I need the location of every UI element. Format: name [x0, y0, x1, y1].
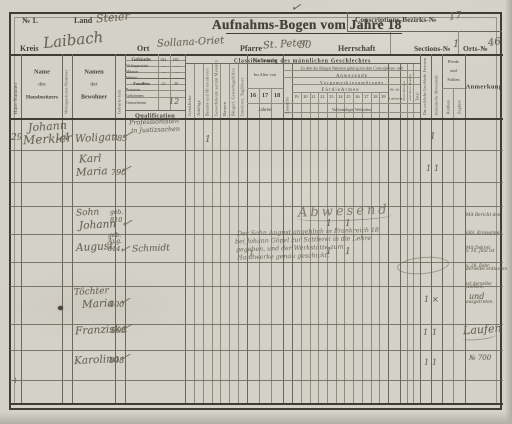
land-label: Land — [74, 16, 92, 25]
inhabitants-header-line: Namen — [73, 68, 115, 76]
age-cell: 26 — [354, 95, 360, 101]
class-col-label: Gewerbsleute sammt Meistern — [214, 60, 219, 116]
horses-title-line: Fohlen — [443, 77, 464, 82]
grid-line — [442, 88, 465, 89]
grid-line — [371, 92, 372, 403]
orts-number-value: 46 — [487, 36, 501, 49]
vorgemerkte-text: V o r g e m e r k t e z u m S t a n d e — [284, 80, 419, 85]
row-rule — [10, 150, 503, 151]
tally-mark: 1 — [434, 164, 439, 173]
horses-title-line: Pferde — [443, 59, 464, 64]
tally-mark: 1 — [432, 328, 437, 337]
kreis-label: Kreis — [20, 44, 39, 53]
party-number-entry: 1 — [64, 132, 70, 143]
birth-year-column-label: Geburts-Jahr — [117, 89, 122, 114]
male-classification-title-text: Classificirung des männlichen Geschlecht… — [185, 57, 420, 63]
age-cell: 19 — [293, 95, 299, 101]
nachwuchs-unit: Jahren — [247, 105, 283, 114]
grid-line — [212, 63, 213, 403]
relation-label: Töchter — [74, 286, 109, 298]
tally-mark: 1 — [423, 328, 428, 337]
extra-col-label: und Ober-Beamte — [408, 74, 412, 101]
age-cell: 22 — [319, 95, 325, 101]
form-title-printed: Aufnahms-Bogen vom Jahre 18 — [212, 17, 402, 32]
house-number-column-label: Haus-Nummer — [13, 83, 19, 114]
occupation-note: Schmidt — [132, 243, 170, 254]
age-cell: 28 — [372, 95, 378, 101]
families-col2: W — [170, 79, 183, 88]
armee-text: F ü r d i e A r m e e — [292, 87, 388, 92]
grid-line — [347, 31, 502, 32]
sheet-number: № 1. — [22, 16, 38, 25]
wehralter-row: Vollständiges Wehralter — [284, 105, 419, 114]
nachwuchs-title-text: Nachwuchs — [247, 58, 283, 64]
horses-sub-col-label: Reitbare — [446, 100, 450, 114]
birth-note: geb. — [110, 209, 123, 216]
nachwuchs-years-row: 16 17 18 — [247, 92, 283, 102]
landwehr-line: Für die — [389, 88, 400, 92]
remark-word: № 700 — [469, 354, 491, 362]
extra-col-label: Statt-Dienste — [402, 81, 406, 101]
grid-line — [229, 63, 230, 403]
class-col-label: Bürgerl. Gewerbsgehilfen — [231, 68, 236, 116]
nachwuchs-title: Nachwuchs — [247, 56, 283, 65]
stray-pen-mark: + — [12, 376, 19, 385]
age-cell: 29 — [381, 95, 387, 101]
remarks-header-text: Anmerkung — [465, 83, 503, 90]
remark-line: v. 28. Febr. — [466, 263, 502, 268]
table-bottom-rule — [10, 403, 503, 405]
grid-line — [388, 63, 389, 403]
paper-sheet: № 1. Land Steier Conscriptions-Bezirks-№… — [0, 0, 512, 424]
families-col1: G — [158, 79, 170, 88]
tally-mark: 1 — [345, 247, 351, 257]
remark-line: Mit Bericht des — [466, 212, 502, 217]
nachwuchs-subtitle-text: Im Alter von — [247, 72, 283, 77]
pfarre-label: Pfarre — [240, 44, 262, 53]
grid-line — [353, 92, 354, 403]
horses-title-line: und — [443, 68, 464, 73]
female-sex-column-label: Das weibliche Geschlecht Personen — [423, 58, 427, 115]
remark-line: Mit Dekret — [466, 245, 502, 250]
class-col-label: Inwohner, Taglöhner — [240, 78, 245, 116]
grid-line — [347, 12, 348, 31]
tally-mark: 1 — [424, 358, 429, 367]
grid-line — [220, 63, 221, 403]
herrschaft-label: Herrschaft — [338, 44, 375, 53]
row-rule — [10, 182, 503, 183]
landwehr-header: Für die Landwehr — [389, 85, 400, 103]
grid-line — [453, 88, 454, 403]
tally-mark: 1 — [430, 132, 436, 142]
scan-edge-shadow — [505, 0, 512, 424]
grid-line — [413, 63, 414, 403]
tally-mark: 1 — [205, 135, 211, 145]
grid-line — [203, 63, 204, 403]
remark-line: ist derselbe — [466, 281, 502, 286]
families-col2-text: W — [170, 81, 183, 86]
age-cell: 24 — [337, 95, 343, 101]
class-col-label: Beamte und Honoratioren — [205, 68, 210, 116]
relation-label: Sohn — [76, 207, 100, 218]
class-col-label: Geistliche — [187, 95, 192, 116]
age-cell: 20 — [302, 95, 308, 101]
landwehr-line: Landwehr — [389, 97, 400, 101]
remark-word: und — [469, 292, 484, 301]
nachwuchs-year: 18 — [271, 92, 283, 102]
inhabitants-header-line: der — [73, 81, 115, 87]
nachwuchs-year: 17 — [259, 92, 271, 102]
ink-blot — [58, 306, 63, 310]
conscription-district-value: 17 — [448, 10, 462, 23]
row-rule — [10, 380, 503, 381]
scan-edge-shadow — [0, 412, 512, 424]
inhabitant-name: Maria — [76, 165, 108, 179]
families-col1-text: G — [158, 81, 170, 86]
grid-line — [390, 31, 391, 54]
grid-line — [400, 63, 401, 403]
absent-inland-column-label: Inländische Abwesende — [434, 75, 438, 115]
age-cell: 21 — [311, 95, 317, 101]
age-cell: 25 — [346, 95, 352, 101]
horses-sub-col-label: Zugbare — [457, 100, 461, 114]
tally-mark: × — [432, 295, 439, 304]
grid-line — [362, 92, 363, 403]
title-underline — [226, 33, 402, 34]
extra-col-label: Total — [415, 92, 419, 101]
inhabitants-column-header: Namen der Bewohner — [73, 67, 115, 101]
wehralter-text: Vollständiges Wehralter — [284, 107, 419, 112]
house-number-entry: 29 — [11, 133, 22, 143]
families-row: Gestorbenen — [126, 98, 158, 107]
grid-line — [379, 92, 380, 403]
owner-column-header: Name des Hausbesitzers — [22, 67, 62, 101]
nachwuchs-year: 16 — [247, 92, 259, 102]
remarks-column-header: Anmerkung — [465, 82, 503, 91]
remark-line: löbl. Kreisamtes — [466, 230, 502, 235]
owner-header-line: Name — [22, 68, 62, 76]
grid-line — [194, 63, 195, 403]
inhabitants-header-line: Bewohner — [73, 93, 115, 100]
nachwuchs-unit-text: Jahren — [247, 106, 283, 112]
ort-label: Ort — [137, 44, 149, 53]
scanned-census-form: № 1. Land Steier Conscriptions-Bezirks-№… — [0, 0, 512, 424]
families-handwritten-count: 12 — [169, 97, 179, 106]
sections-number-label: Sections-№ — [414, 44, 450, 53]
orts-number-label: Orts-№ — [463, 44, 488, 53]
tally-mark: 1 — [424, 295, 429, 304]
grid-line — [407, 63, 408, 403]
horses-box-title: Pferde und Fohlen — [443, 57, 464, 84]
grid-line — [247, 88, 283, 89]
armee-ages-row: 19 20 21 22 23 24 25 26 27 28 29 — [292, 94, 388, 103]
owner-header-line: des — [22, 81, 62, 87]
header-bottom-rule — [10, 118, 503, 120]
dwelling-party-column-label: Wohnparteien-Nummer — [64, 69, 69, 114]
tally-mark: 1 — [432, 358, 437, 367]
families-row-label: Gestorbenen — [126, 100, 158, 105]
row-rule — [10, 350, 503, 351]
age-cell: 23 — [328, 95, 334, 101]
class-col-label: Adelige — [196, 100, 201, 116]
inhabitant-name: Karl — [79, 152, 102, 165]
tally-mark: 1 — [426, 164, 431, 173]
row-rule — [10, 206, 503, 207]
nachwuchs-subtitle: Im Alter von — [247, 70, 283, 79]
grid-line — [458, 31, 459, 54]
class-col-label: Bauern — [222, 101, 227, 116]
age-cell: 27 — [363, 95, 369, 101]
owner-header-line: Hausbesitzers — [22, 93, 62, 99]
form-title: Aufnahms-Bogen vom Jahre 1830 — [212, 16, 398, 32]
